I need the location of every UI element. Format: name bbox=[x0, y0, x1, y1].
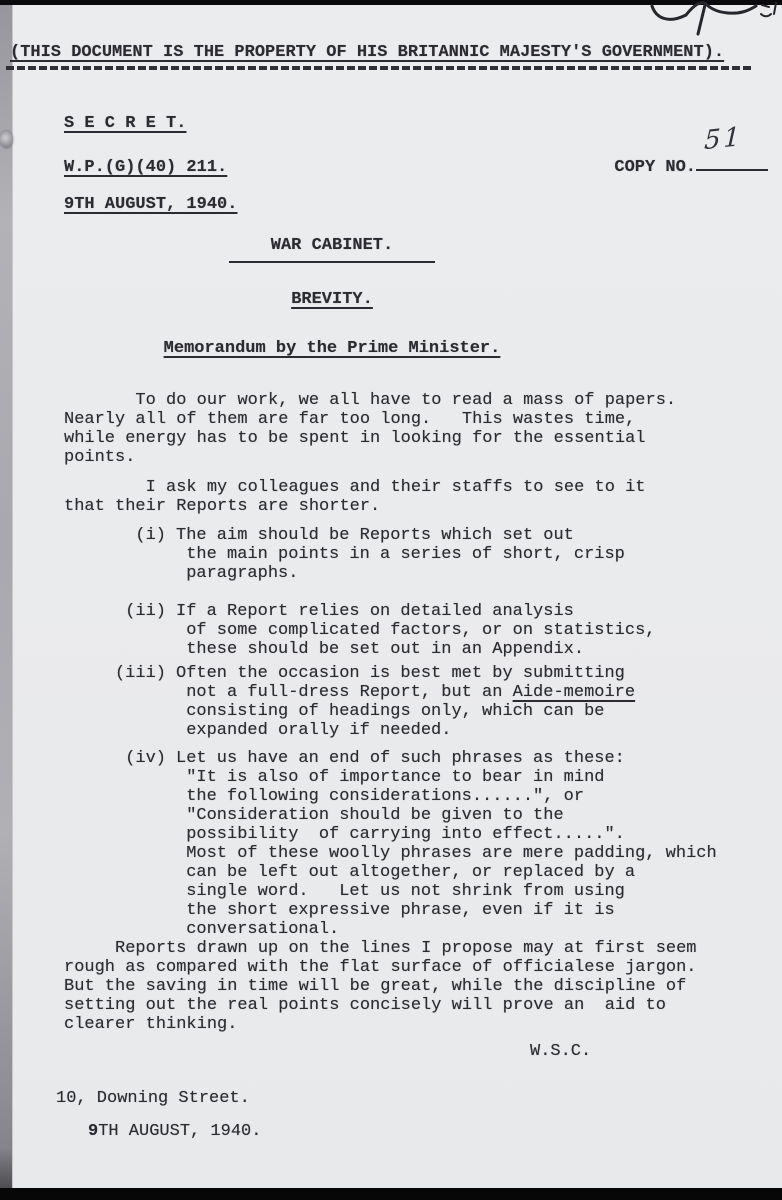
item-marker: (iv) bbox=[64, 749, 166, 939]
property-notice: (THIS DOCUMENT IS THE PROPERTY OF HIS BR… bbox=[10, 43, 782, 62]
signature-initials: W.S.C. bbox=[530, 1042, 782, 1061]
dashed-separator bbox=[6, 66, 754, 70]
handwritten-copy-number: 51 bbox=[704, 128, 744, 151]
list-item-ii: (ii) If a Report relies on detailed anal… bbox=[64, 602, 782, 659]
scan-bottom-border bbox=[0, 1188, 782, 1200]
copy-number-label: COPY NO. bbox=[614, 158, 696, 177]
item-marker: (iii) bbox=[64, 664, 166, 740]
heading-block: WAR CABINET. BREVITY. Memorandum by the … bbox=[0, 236, 664, 358]
item-text: Let us have an end of such phrases as th… bbox=[176, 749, 717, 939]
footer-date: 9TH AUGUST, 1940. bbox=[88, 1122, 782, 1141]
list-item-iii: (iii) Often the occasion is best met by … bbox=[64, 664, 782, 740]
item-marker: (ii) bbox=[64, 602, 166, 659]
footer-date-lead: 9 bbox=[88, 1122, 98, 1141]
item-text: Often the occasion is best met by submit… bbox=[176, 664, 635, 740]
list-item-iv: (iv) Let us have an end of such phrases … bbox=[64, 749, 782, 939]
list-item-i: (i) The aim should be Reports which set … bbox=[64, 526, 782, 583]
item-text: If a Report relies on detailed analysis … bbox=[176, 602, 655, 659]
header-date: 9TH AUGUST, 1940. bbox=[64, 195, 782, 214]
memo-sheet: (THIS DOCUMENT IS THE PROPERTY OF HIS BR… bbox=[0, 5, 782, 1188]
org-title: WAR CABINET. bbox=[0, 236, 664, 255]
item-text-post: consisting of headings only, which can b… bbox=[176, 702, 604, 740]
paragraph-intro: To do our work, we all have to read a ma… bbox=[64, 391, 782, 467]
reference-row: W.P.(G)(40) 211. COPY NO.51 bbox=[64, 152, 768, 177]
copy-number-line: 51 bbox=[696, 152, 768, 171]
address-line: 10, Downing Street. bbox=[56, 1089, 782, 1108]
scanned-document-page: (THIS DOCUMENT IS THE PROPERTY OF HIS BR… bbox=[0, 0, 782, 1200]
item-text-underlined: Aide-memoire bbox=[513, 683, 635, 702]
paragraph-request: I ask my colleagues and their staffs to … bbox=[64, 478, 782, 516]
copy-number-block: COPY NO.51 bbox=[614, 152, 768, 177]
item-text: The aim should be Reports which set out … bbox=[176, 526, 625, 583]
footer-date-rest: TH AUGUST, 1940. bbox=[98, 1122, 261, 1141]
paragraph-closing: Reports drawn up on the lines I propose … bbox=[64, 939, 782, 1034]
handwritten-flourish-icon bbox=[648, 0, 782, 40]
document-title: BREVITY. bbox=[291, 290, 373, 309]
memo-heading: Memorandum by the Prime Minister. bbox=[164, 339, 501, 358]
classification-label: S E C R E T. bbox=[64, 114, 782, 133]
reference-number: W.P.(G)(40) 211. bbox=[64, 158, 227, 177]
item-marker: (i) bbox=[64, 526, 166, 583]
title-rule bbox=[229, 261, 435, 263]
